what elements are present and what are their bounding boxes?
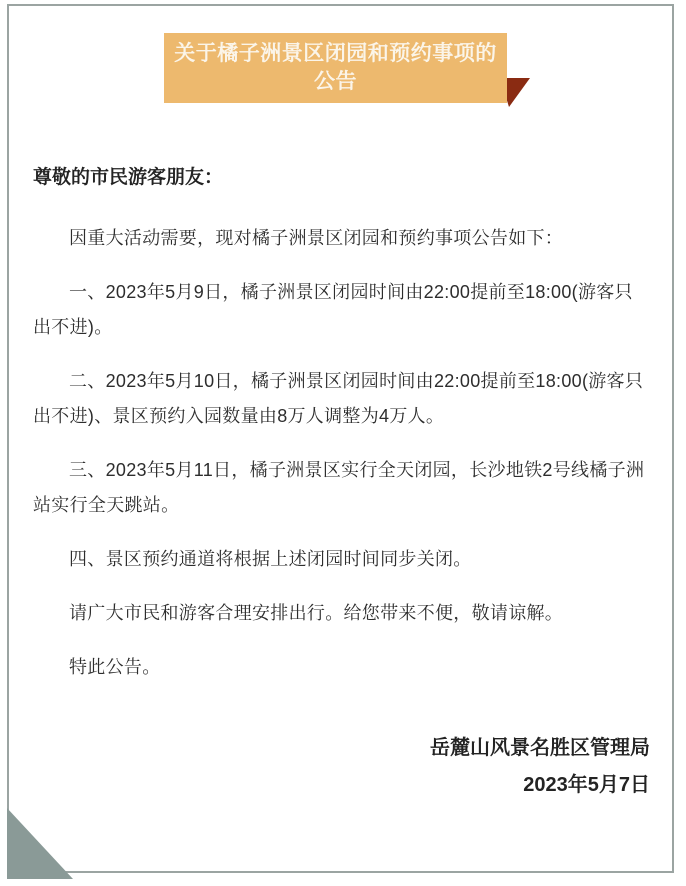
notice-body: 尊敬的市民游客朋友： 因重大活动需要，现对橘子洲景区闭园和预约事项公告如下： 一… — [33, 160, 651, 704]
salutation: 尊敬的市民游客朋友： — [33, 160, 651, 195]
signature-date: 2023年5月7日 — [430, 767, 650, 804]
page-title: 关于橘子洲景区闭园和预约事项的公告 — [167, 40, 505, 96]
signature-block: 岳麓山风景名胜区管理局 2023年5月7日 — [430, 730, 650, 804]
notice-title-banner: 关于橘子洲景区闭园和预约事项的公告 — [164, 33, 507, 103]
paragraph-apology: 请广大市民和游客合理安排出行。给您带来不便，敬请谅解。 — [33, 596, 651, 631]
notice-page: 关于橘子洲景区闭园和预约事项的公告 尊敬的市民游客朋友： 因重大活动需要，现对橘… — [0, 0, 686, 886]
paragraph-item-2: 二、2023年5月10日，橘子洲景区闭园时间由22:00提前至18:00(游客只… — [33, 364, 651, 434]
paragraph-closing: 特此公告。 — [33, 650, 651, 685]
paragraph-item-3: 三、2023年5月11日，橘子洲景区实行全天闭园，长沙地铁2号线橘子洲站实行全天… — [33, 453, 651, 523]
paragraph-item-1: 一、2023年5月9日，橘子洲景区闭园时间由22:00提前至18:00(游客只出… — [33, 275, 651, 345]
signature-org: 岳麓山风景名胜区管理局 — [430, 730, 650, 767]
paragraph-intro: 因重大活动需要，现对橘子洲景区闭园和预约事项公告如下： — [33, 221, 651, 256]
paragraph-item-4: 四、景区预约通道将根据上述闭园时间同步关闭。 — [33, 542, 651, 577]
